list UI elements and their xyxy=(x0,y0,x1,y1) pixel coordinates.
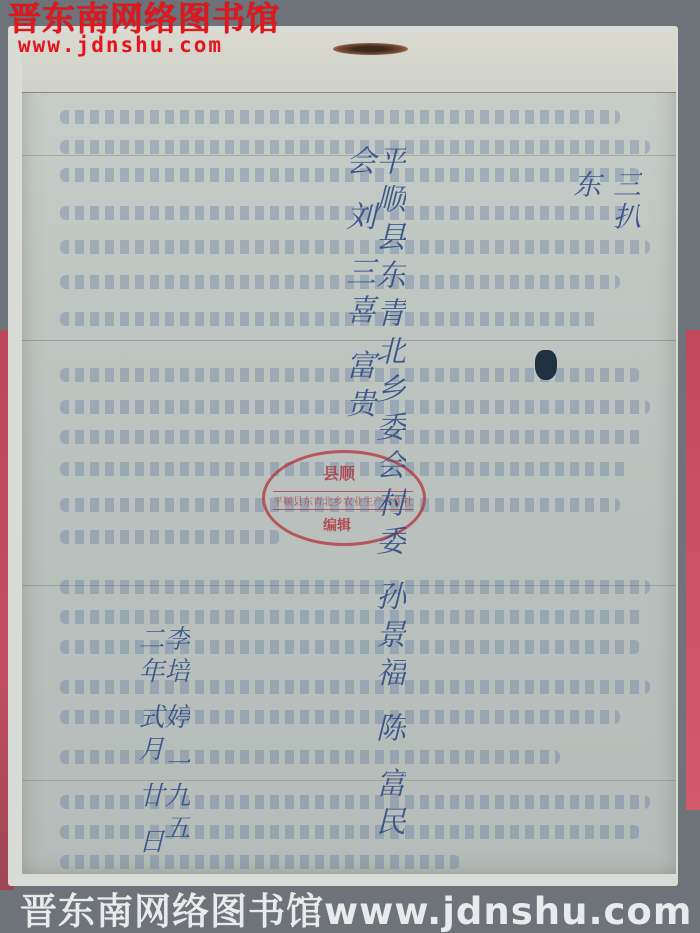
watermark-bottom: 晋东南网络图书馆www.jdnshu.com xyxy=(20,893,692,930)
ink-blot xyxy=(535,350,557,380)
watermark-top-url: www.jdnshu.com xyxy=(18,35,280,56)
burn-mark xyxy=(333,43,408,55)
fold-line xyxy=(22,92,676,93)
handwritten-top-right-note: 三扒 东 xyxy=(565,170,645,250)
handwritten-signature-date: 李培 婷 一九五 二年 式月 廿 日 xyxy=(136,625,188,885)
handwritten-vertical-annotation: 平顺县东青北乡委会村委 孙景福 陈 富民会 刘 三喜 富贵 xyxy=(342,145,402,865)
watermark-top: 晋东南网络图书馆 www.jdnshu.com xyxy=(8,2,280,56)
red-cloth-right xyxy=(686,330,700,810)
watermark-top-chinese: 晋东南网络图书馆 xyxy=(8,2,280,35)
